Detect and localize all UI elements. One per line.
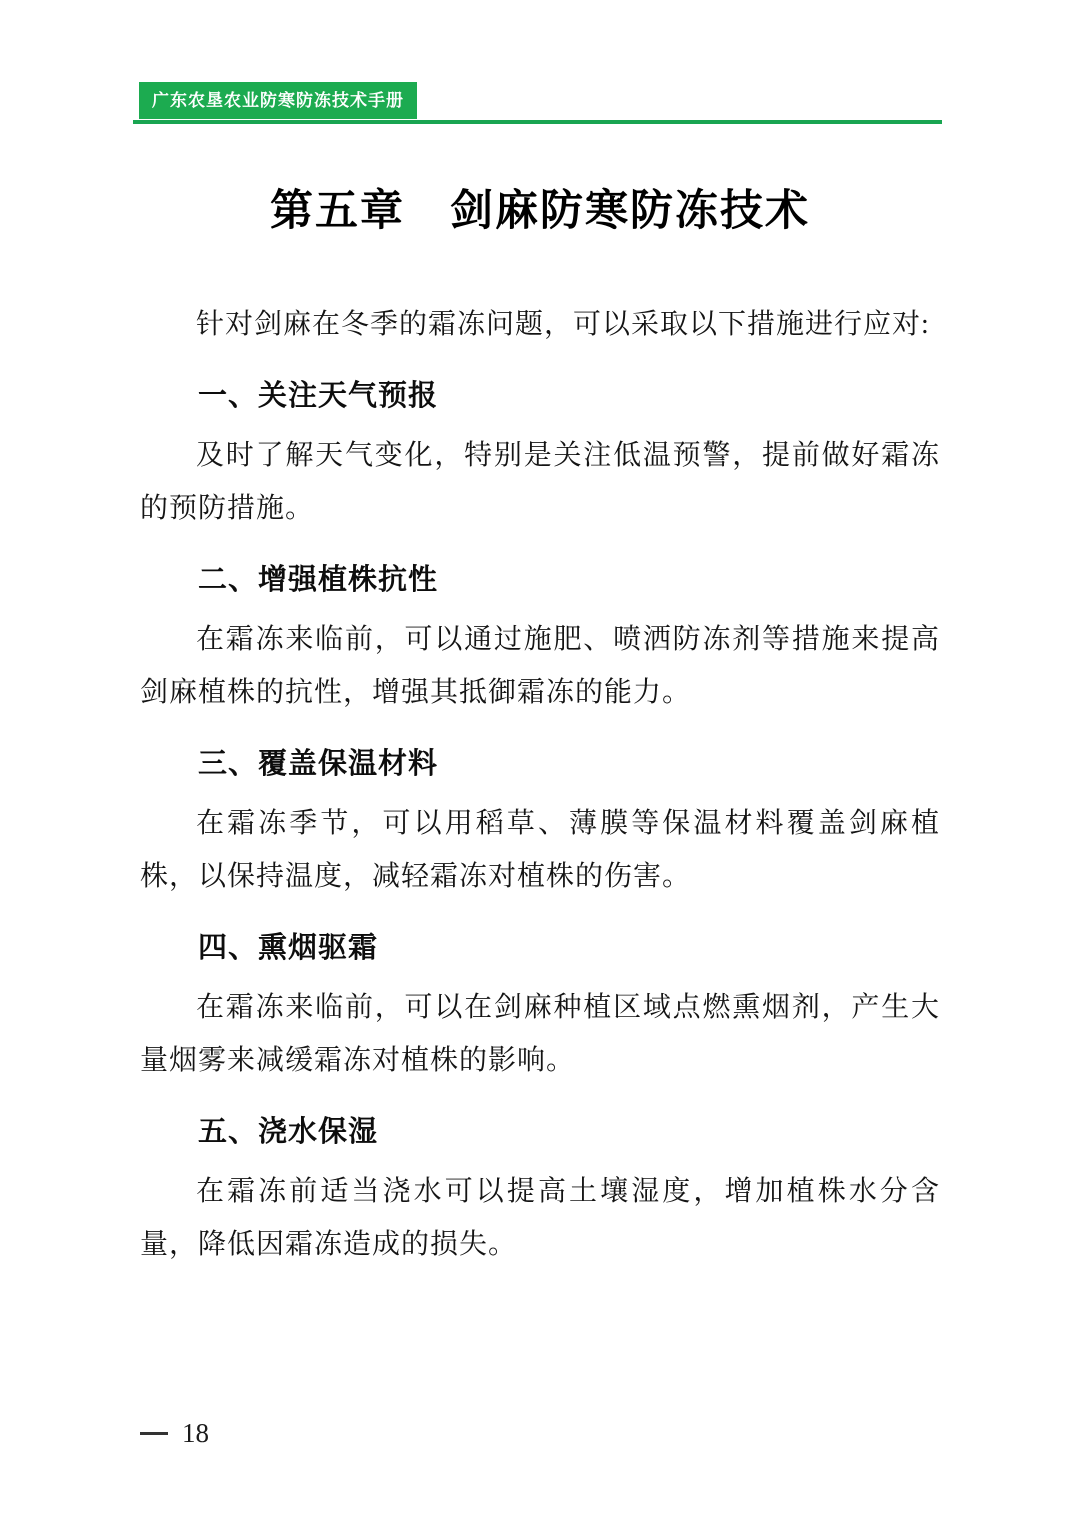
header-banner: 广东农垦农业防寒防冻技术手册 [139,82,417,119]
section-heading-3: 三、覆盖保温材料 [140,744,940,784]
section-body-4: 在霜冻来临前，可以在剑麻种植区域点燃熏烟剂，产生大量烟雾来减缓霜冻对植株的影响。 [140,981,940,1087]
section-heading-2: 二、增强植株抗性 [140,560,940,600]
page-footer: 18 [140,1418,209,1449]
document-page: 广东农垦农业防寒防冻技术手册 第五章 剑麻防寒防冻技术 针对剑麻在冬季的霜冻问题… [0,0,1080,1527]
section-body-1: 及时了解天气变化，特别是关注低温预警，提前做好霜冻的预防措施。 [140,429,940,535]
section-body-3: 在霜冻季节，可以用稻草、薄膜等保温材料覆盖剑麻植株，以保持温度，减轻霜冻对植株的… [140,797,940,903]
page-content: 第五章 剑麻防寒防冻技术 针对剑麻在冬季的霜冻问题，可以采取以下措施进行应对: … [140,160,940,1271]
page-number: 18 [182,1418,209,1449]
section-heading-4: 四、熏烟驱霜 [140,928,940,968]
section-heading-1: 一、关注天气预报 [140,376,940,416]
chapter-title: 第五章 剑麻防寒防冻技术 [140,184,940,240]
section-body-2: 在霜冻来临前，可以通过施肥、喷洒防冻剂等措施来提高剑麻植株的抗性，增强其抵御霜冻… [140,613,940,719]
section-body-5: 在霜冻前适当浇水可以提高土壤湿度，增加植株水分含量，降低因霜冻造成的损失。 [140,1165,940,1271]
intro-paragraph: 针对剑麻在冬季的霜冻问题，可以采取以下措施进行应对: [140,298,940,351]
header-divider [133,120,942,124]
footer-dash [140,1432,168,1435]
page-header: 广东农垦农业防寒防冻技术手册 [0,82,1080,124]
section-heading-5: 五、浇水保湿 [140,1112,940,1152]
